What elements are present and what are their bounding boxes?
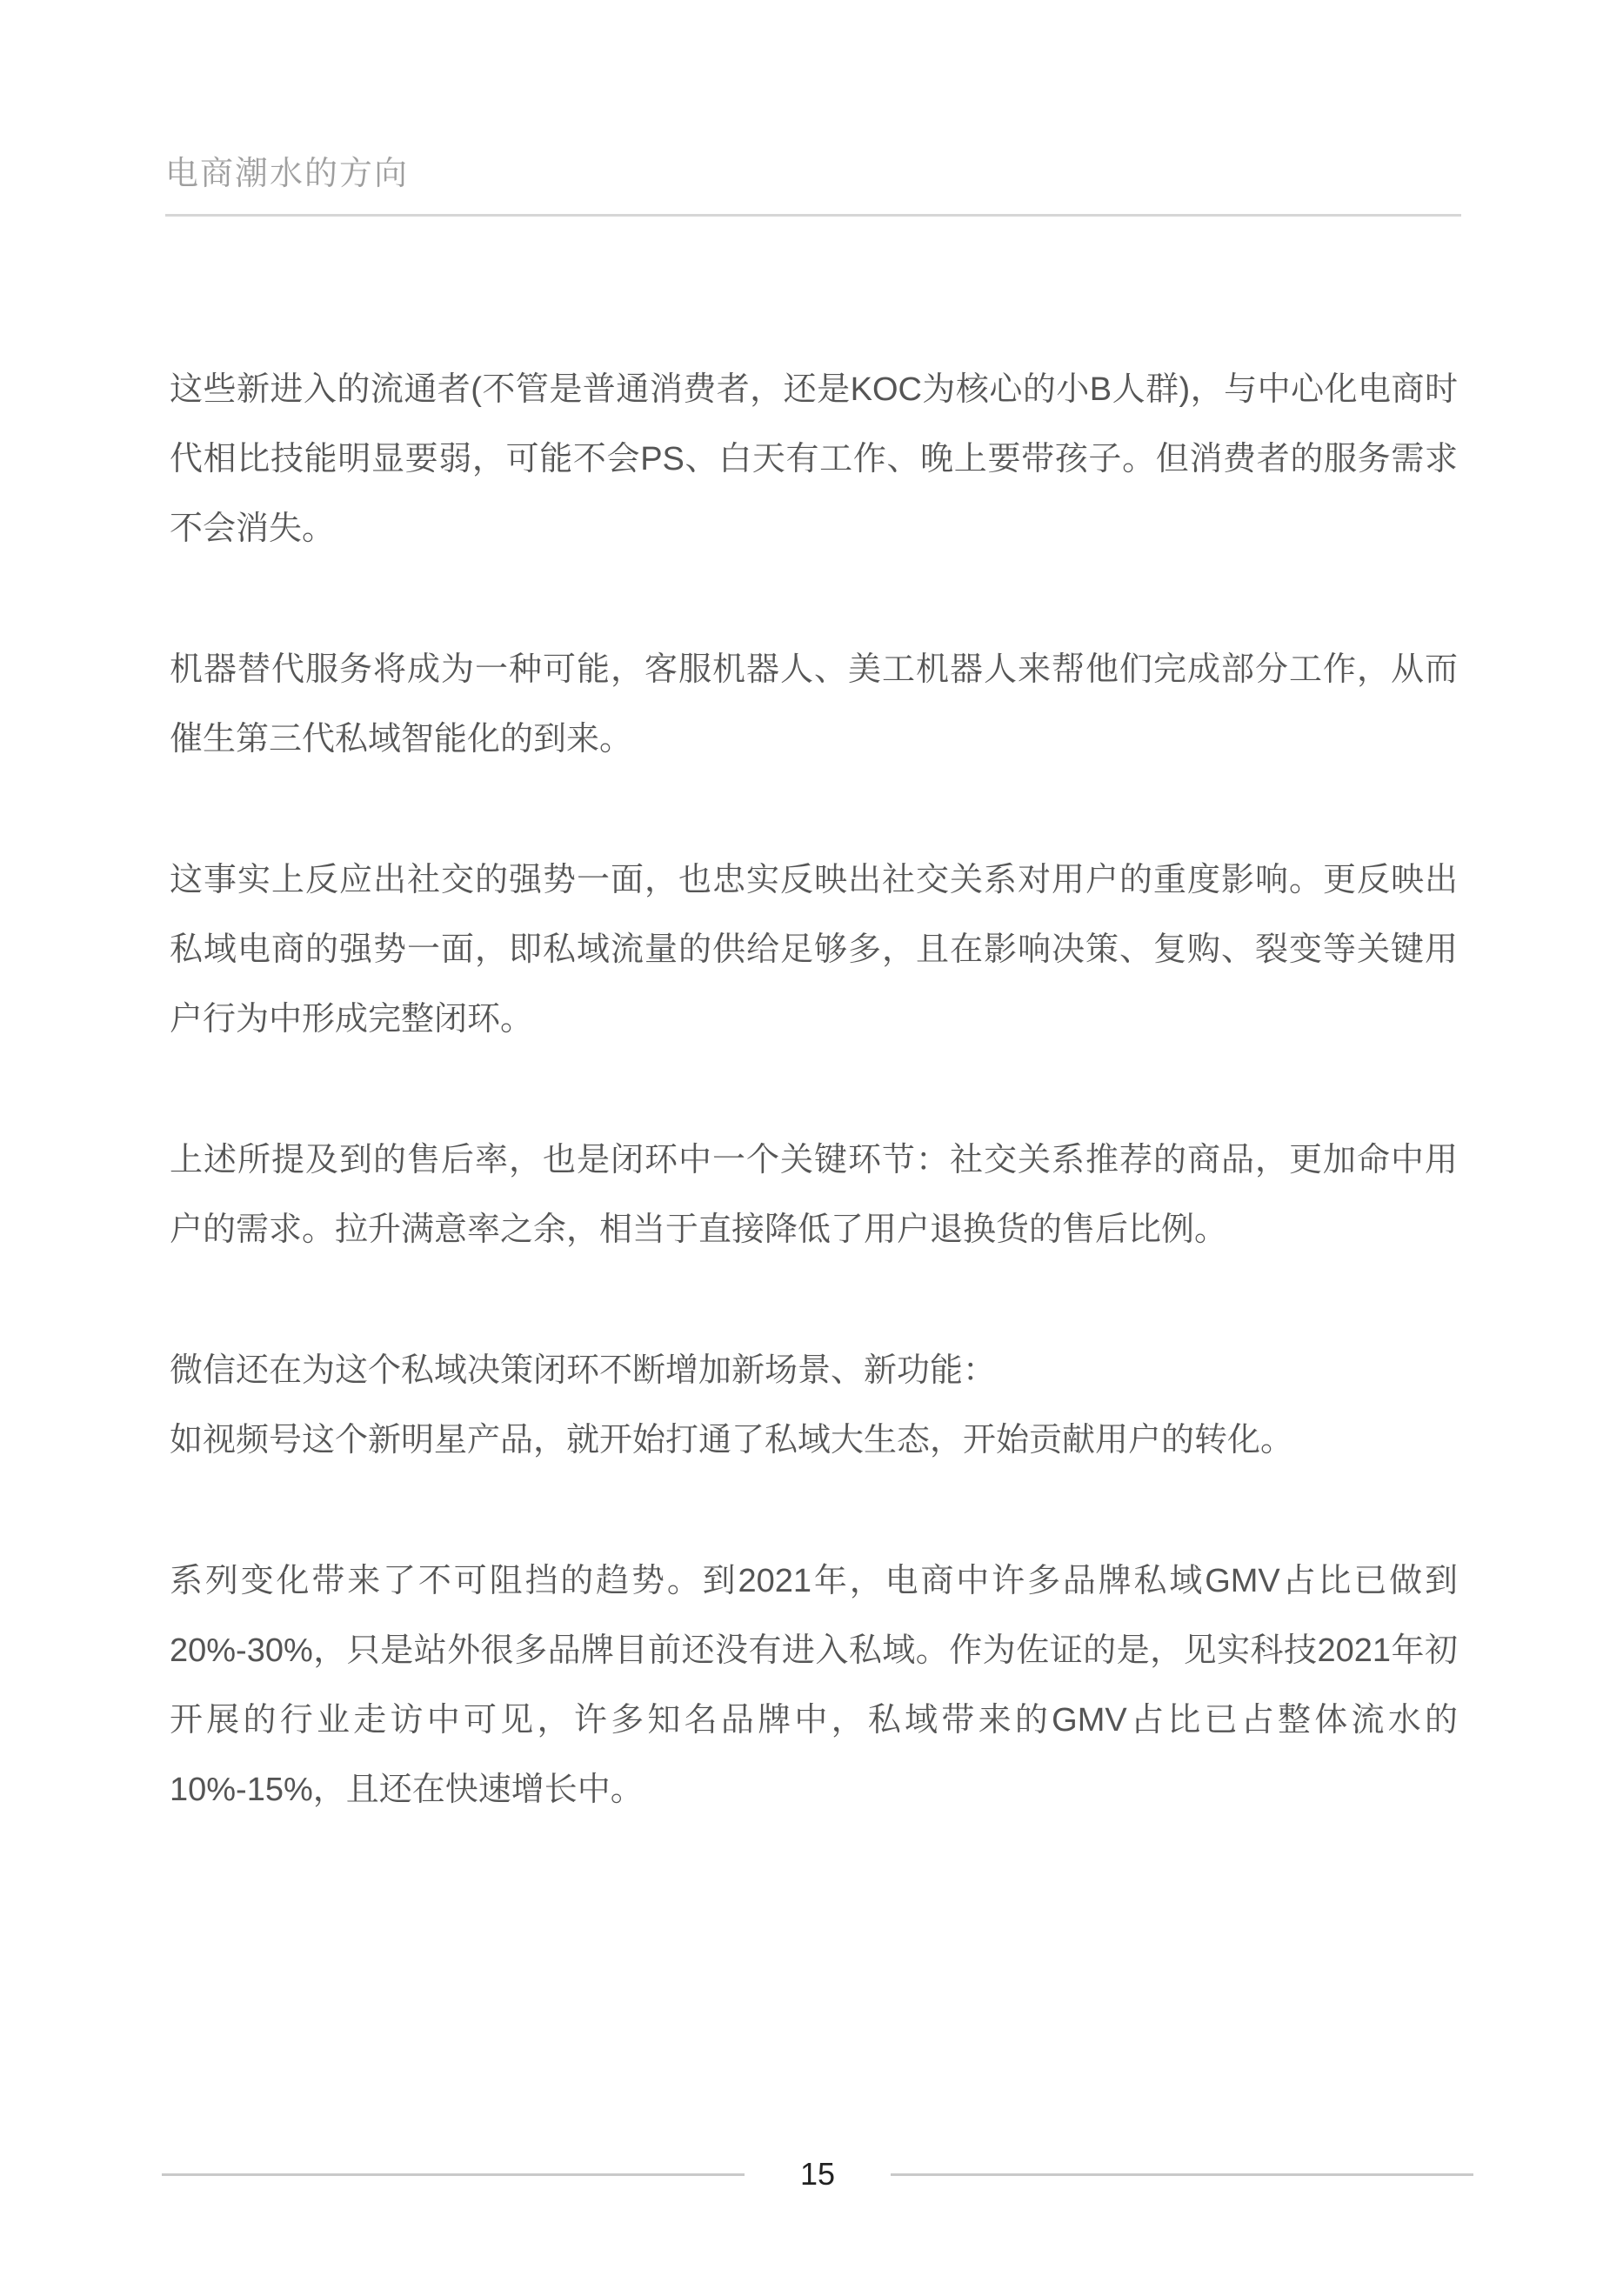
body-paragraph-2: 机器替代服务将成为一种可能，客服机器人、美工机器人来帮他们完成部分工作，从而催生… xyxy=(170,635,1458,774)
body-paragraph-6: 系列变化带来了不可阻挡的趋势。到2021年，电商中许多品牌私域GMV占比已做到2… xyxy=(170,1546,1458,1825)
body-paragraph-5: 微信还在为这个私域决策闭环不断增加新场景、新功能： 如视频号这个新明星产品，就开… xyxy=(170,1336,1458,1475)
page-footer: 15 xyxy=(162,2152,1473,2197)
running-header-title: 电商潮水的方向 xyxy=(165,155,1461,193)
body-paragraph-4: 上述所提及到的售后率，也是闭环中一个关键环节：社交关系推荐的商品，更加命中用户的… xyxy=(170,1125,1458,1265)
header-divider xyxy=(165,214,1461,217)
page-number: 15 xyxy=(800,2152,835,2197)
paragraph-5-line-2: 如视频号这个新明星产品，就开始打通了私域大生态，开始贡献用户的转化。 xyxy=(170,1405,1458,1475)
document-page: 电商潮水的方向 这些新进入的流通者(不管是普通消费者，还是KOC为核心的小B人群… xyxy=(0,0,1623,2296)
footer-divider-right xyxy=(891,2173,1473,2176)
paragraph-5-line-1: 微信还在为这个私域决策闭环不断增加新场景、新功能： xyxy=(170,1336,1458,1405)
body-paragraph-1: 这些新进入的流通者(不管是普通消费者，还是KOC为核心的小B人群)，与中心化电商… xyxy=(170,355,1458,564)
body-paragraph-3: 这事实上反应出社交的强势一面，也忠实反映出社交关系对用户的重度影响。更反映出私域… xyxy=(170,845,1458,1054)
page-header: 电商潮水的方向 xyxy=(165,155,1461,217)
footer-divider-left xyxy=(162,2173,745,2176)
page-body: 这些新进入的流通者(不管是普通消费者，还是KOC为核心的小B人群)，与中心化电商… xyxy=(170,355,1458,1825)
